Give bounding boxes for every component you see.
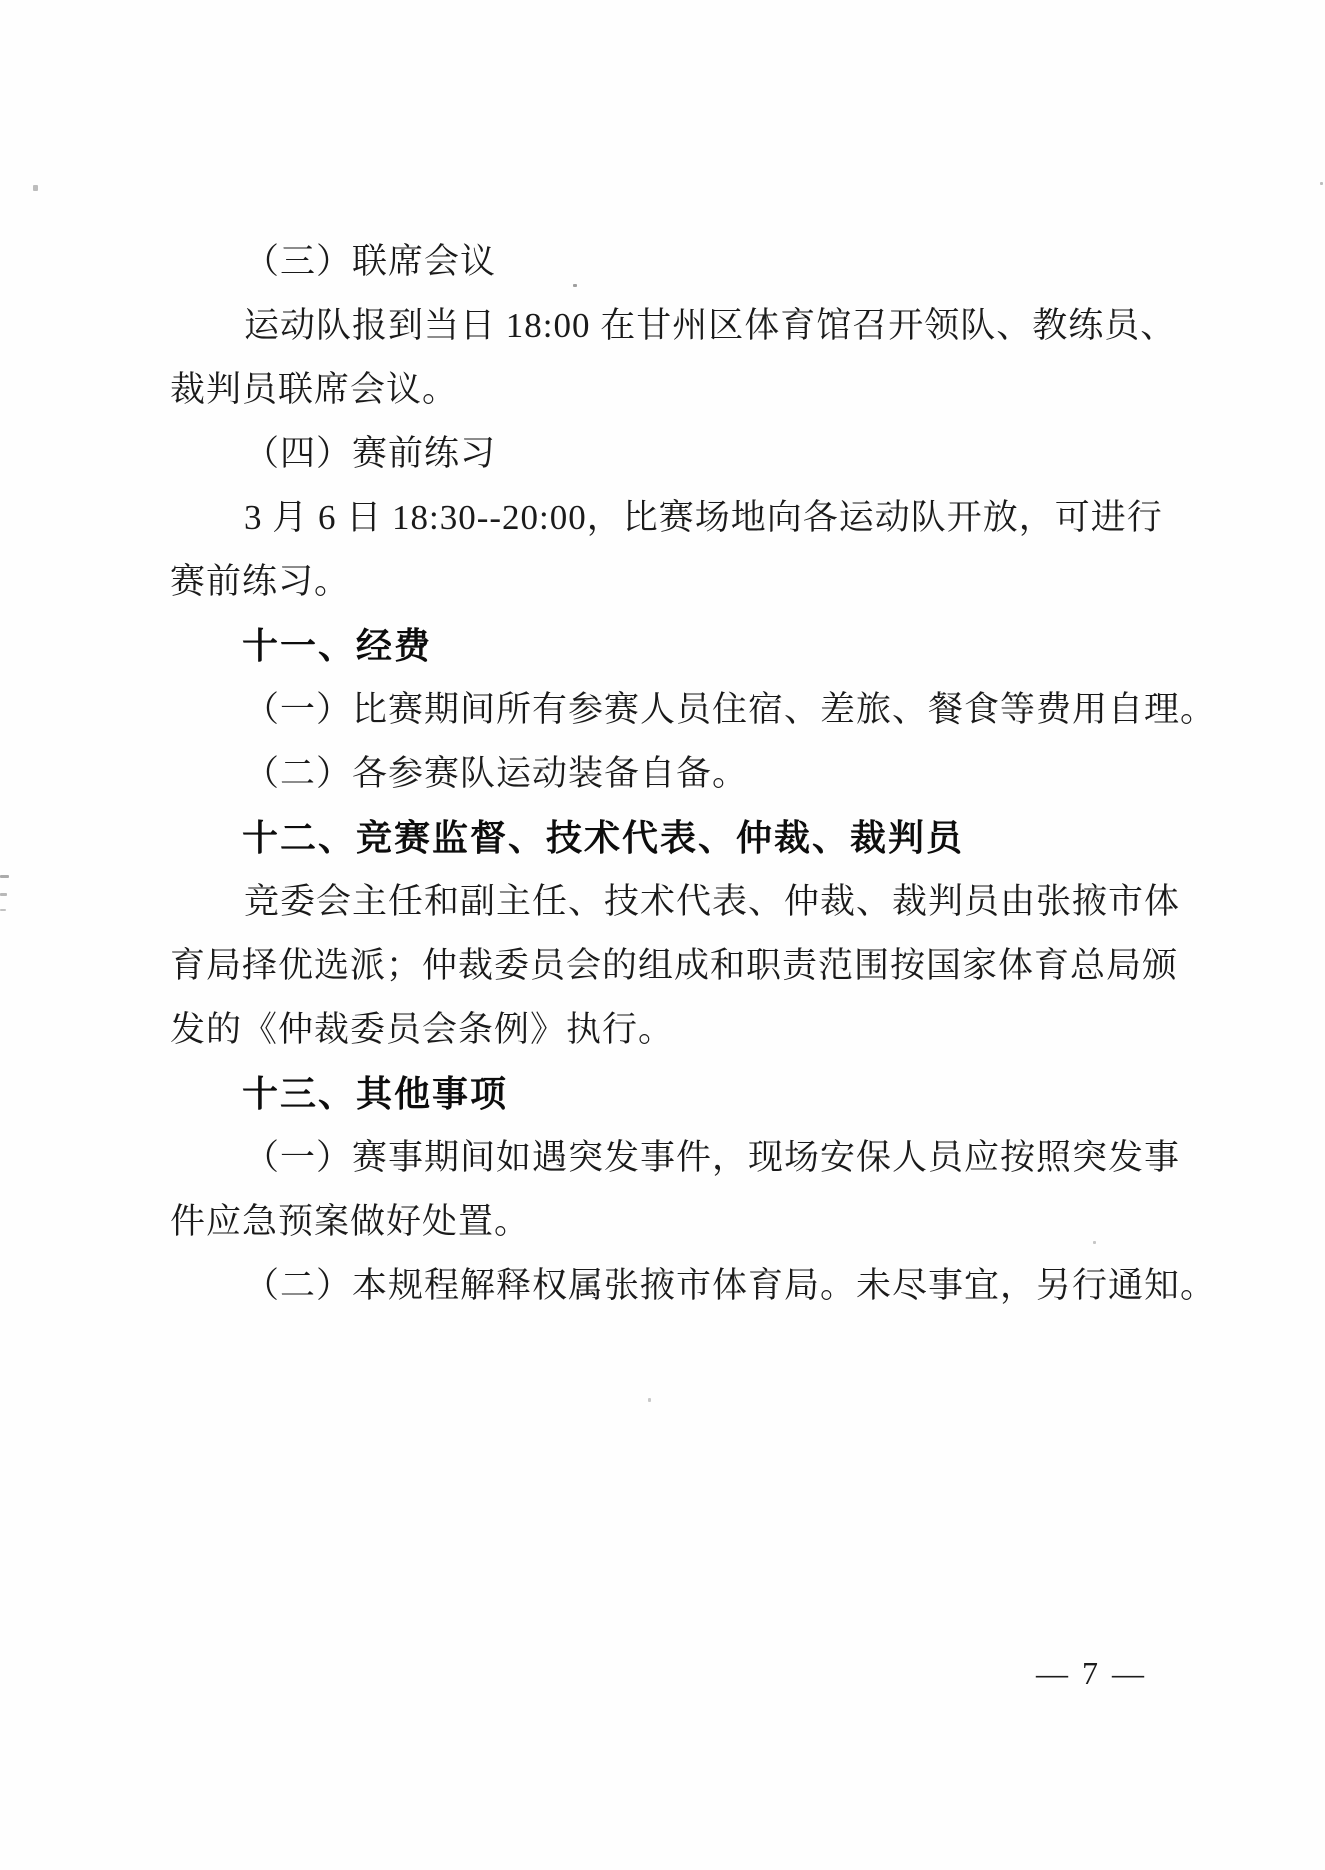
scan-artifact [0,875,9,878]
paragraph-line: 运动队报到当日 18:00 在甘州区体育馆召开领队、教练员、 [170,294,1175,358]
scan-artifact [1320,182,1323,185]
scan-artifact [0,909,6,911]
paragraph-line: 育局择优选派；仲裁委员会的组成和职责范围按国家体育总局颁 [170,934,1175,998]
paragraph-line: （二）各参赛队运动装备自备。 [170,742,1175,806]
scan-artifact [573,284,577,287]
scan-artifact [648,1398,651,1402]
paragraph-line: 发的《仲裁委员会条例》执行。 [170,998,1175,1062]
subsection-heading-4: （四）赛前练习 [170,422,1175,486]
document-body: （三）联席会议 运动队报到当日 18:00 在甘州区体育馆召开领队、教练员、 裁… [170,230,1175,1318]
section-heading-11: 十一、经费 [170,614,1175,678]
paragraph-line: 赛前练习。 [170,550,1175,614]
paragraph-line: 竞委会主任和副主任、技术代表、仲裁、裁判员由张掖市体 [170,870,1175,934]
scan-artifact [1093,1241,1096,1244]
paragraph-line: （二）本规程解释权属张掖市体育局。未尽事宜，另行通知。 [170,1254,1175,1318]
scan-artifact [0,893,7,896]
section-heading-13: 十三、其他事项 [170,1062,1175,1126]
page-number: — 7 — [1036,1655,1147,1692]
paragraph-line: （一）赛事期间如遇突发事件，现场安保人员应按照突发事 [170,1126,1175,1190]
section-heading-12: 十二、竞赛监督、技术代表、仲裁、裁判员 [170,806,1175,870]
paragraph-line: 件应急预案做好处置。 [170,1190,1175,1254]
paragraph-line: 裁判员联席会议。 [170,358,1175,422]
scan-artifact [33,185,38,191]
subsection-heading-3: （三）联席会议 [170,230,1175,294]
paragraph-line: 3 月 6 日 18:30--20:00，比赛场地向各运动队开放，可进行 [170,486,1175,550]
paragraph-line: （一）比赛期间所有参赛人员住宿、差旅、餐食等费用自理。 [170,678,1175,742]
scanned-document-page: （三）联席会议 运动队报到当日 18:00 在甘州区体育馆召开领队、教练员、 裁… [0,0,1325,1870]
